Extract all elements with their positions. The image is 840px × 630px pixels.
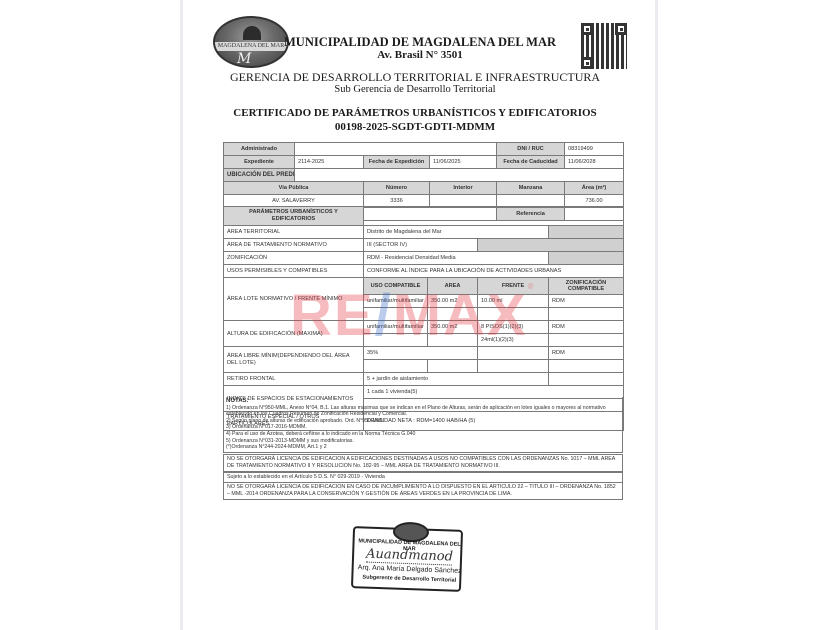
lote-zonificacion: RDM [549, 295, 624, 308]
tratamiento-label: ÁREA DE TRATAMIENTO NORMATIVO [224, 239, 364, 252]
area-header: Área (m²) [565, 182, 624, 195]
fecha-caducidad-label: Fecha de Caducidad [497, 156, 565, 169]
official-stamp: MUNICIPALIDAD DE MAGDALENA DEL MAR Auand… [351, 526, 463, 592]
row-expediente: Expediente 2114-2025 Fecha de Expedición… [224, 156, 624, 169]
altura-uso: unifamiliar/multifamiliar [364, 321, 428, 334]
row-ubicacion-headers: Vía Pública Número Interior Manzana Área… [224, 182, 624, 195]
ubicacion-section-label: UBICACIÓN DEL PREDIO [224, 169, 295, 182]
altura-label: ALTURA DE EDIFICACIÓN (MAXIMA) [224, 321, 364, 347]
municipality-name: MUNICIPALIDAD DE MAGDALENA DEL MAR [215, 35, 625, 50]
altura-zonificacion: RDM [549, 321, 624, 334]
row-tratamiento: ÁREA DE TRATAMIENTO NORMATIVO III (SECTO… [224, 239, 624, 252]
footer-note-3: NO SE OTORGARÁ LICENCIA DE EDIFICACION E… [223, 482, 623, 500]
uso-compatible-header: USO COMPATIBLE [364, 278, 428, 295]
expediente-label: Expediente [224, 156, 295, 169]
area-sub-header: AREA [428, 278, 478, 295]
area-libre-value: 35% [364, 347, 478, 360]
row-area-libre: ÁREA LIBRE MÍNIM(DEPENDIENDO DEL ÁREA DE… [224, 347, 624, 360]
row-parametros-section: PARÁMETROS URBANÍSTICOS Y EDIFICATORIOS [224, 207, 624, 226]
numero-header: Número [364, 182, 430, 195]
altura-area: 350.00 m2 [428, 321, 478, 334]
note-3: 3) Ordenanza N°017-2016-MDMM. [226, 424, 620, 431]
certificate-title: CERTIFICADO DE PARÁMETROS URBANÍSTICOS Y… [205, 107, 625, 119]
footer-note-1: NO SE OTORGARÁ LICENCIA DE EDIFICACION A… [223, 454, 623, 472]
via-publica-header: Vía Pública [224, 182, 364, 195]
note-2: 2) Según plano de alturas de edificación… [226, 418, 620, 425]
certificate-code: 00198-2025-SGDT-GDTI-MDMM [205, 121, 625, 133]
lote-frente: 10.00 ml [478, 295, 549, 308]
fecha-caducidad-value: 11/06/2028 [565, 156, 624, 169]
notes-section: NOTAS: 1) Ordenanza N°950-MML, Anexo N°0… [223, 397, 623, 453]
dni-value: 08319499 [565, 143, 624, 156]
note-5: 5) Ordenanza N°031-2013-MDMM y sus modif… [226, 438, 620, 445]
lote-uso: unifamiliar/multifamiliar [364, 295, 428, 308]
row-administrado: Administrado DNI / RUC 08319499 [224, 143, 624, 156]
note-6: (*)Ordenanza N°244-2024-MDMM, Art.1 y 2 [226, 444, 620, 451]
row-altura: ALTURA DE EDIFICACIÓN (MAXIMA) unifamili… [224, 321, 624, 334]
row-zonificacion: ZONIFICACIÓN RDM - Residencial Densidad … [224, 252, 624, 265]
row-sub-headers: ÁREA LOTE NORMATIVO / FRENTE MÍNIMO USO … [224, 278, 624, 295]
row-ubicacion-section: UBICACIÓN DEL PREDIO [224, 169, 624, 182]
note-4: 4) Para el uso de Azotea, deberá ceñirse… [226, 431, 620, 438]
row-area-territorial: ÁREA TERRITORIAL Distrito de Magdalena d… [224, 226, 624, 239]
fecha-expedicion-value: 11/06/2025 [430, 156, 497, 169]
parametros-section-label: PARÁMETROS URBANÍSTICOS Y EDIFICATORIOS [224, 207, 364, 226]
row-retiro: RETIRO FRONTAL 5 + jardín de aislamiento [224, 373, 624, 386]
zonificacion-label: ZONIFICACIÓN [224, 252, 364, 265]
altura-metros: 24ml(1)(2)(3) [478, 334, 549, 347]
lote-area: 350.00 m2 [428, 295, 478, 308]
signer-role: Subgerente de Desarrollo Territorial [357, 574, 461, 584]
note-1: 1) Ordenanza N°950-MML, Anexo N°04, B.1.… [226, 405, 620, 418]
area-territorial-value: Distrito de Magdalena del Mar [364, 226, 549, 239]
area-libre-label: ÁREA LIBRE MÍNIM(DEPENDIENDO DEL ÁREA DE… [224, 347, 364, 373]
fecha-expedicion-label: Fecha de Expedición [364, 156, 430, 169]
zonificacion-value: RDM - Residencial Densidad Media [364, 252, 549, 265]
retiro-value: 5 + jardín de aislamiento [364, 373, 549, 386]
administrado-label: Administrado [224, 143, 295, 156]
tratamiento-value: III (SECTOR IV) [364, 239, 478, 252]
dni-label: DNI / RUC [497, 143, 565, 156]
area-libre-zonificacion: RDM [549, 347, 624, 360]
municipality-address: Av. Brasil N° 3501 [215, 49, 625, 61]
signer-name: Arq. Ana María Delgado Sánchez [358, 564, 462, 575]
retiro-label: RETIRO FRONTAL [224, 373, 364, 386]
signature: Auandmanod [366, 547, 453, 566]
zonificacion-compatible-header: ZONIFICACIÓN COMPATIBLE [549, 278, 624, 295]
interior-header: Interior [430, 182, 497, 195]
altura-frente: 8 PISOS(1)(2)(3) [478, 321, 549, 334]
frente-header: FRENTE [478, 278, 549, 295]
expediente-value: 2114-2025 [295, 156, 364, 169]
administrado-value [295, 143, 497, 156]
usos-value: CONFORME AL ÍNDICE PARA LA UBICACIÓN DE … [364, 265, 624, 278]
subgerencia-name: Sub Gerencia de Desarrollo Territorial [205, 84, 625, 95]
lote-label: ÁREA LOTE NORMATIVO / FRENTE MÍNIMO [224, 278, 364, 321]
manzana-header: Manzana [497, 182, 565, 195]
usos-label: USOS PERMISIBLES Y COMPATIBLES [224, 265, 364, 278]
area-territorial-label: ÁREA TERRITORIAL [224, 226, 364, 239]
row-usos: USOS PERMISIBLES Y COMPATIBLES CONFORME … [224, 265, 624, 278]
notes-title: NOTAS: [226, 398, 249, 404]
gerencia-name: GERENCIA DE DESARROLLO TERRITORIAL E INF… [205, 70, 625, 85]
